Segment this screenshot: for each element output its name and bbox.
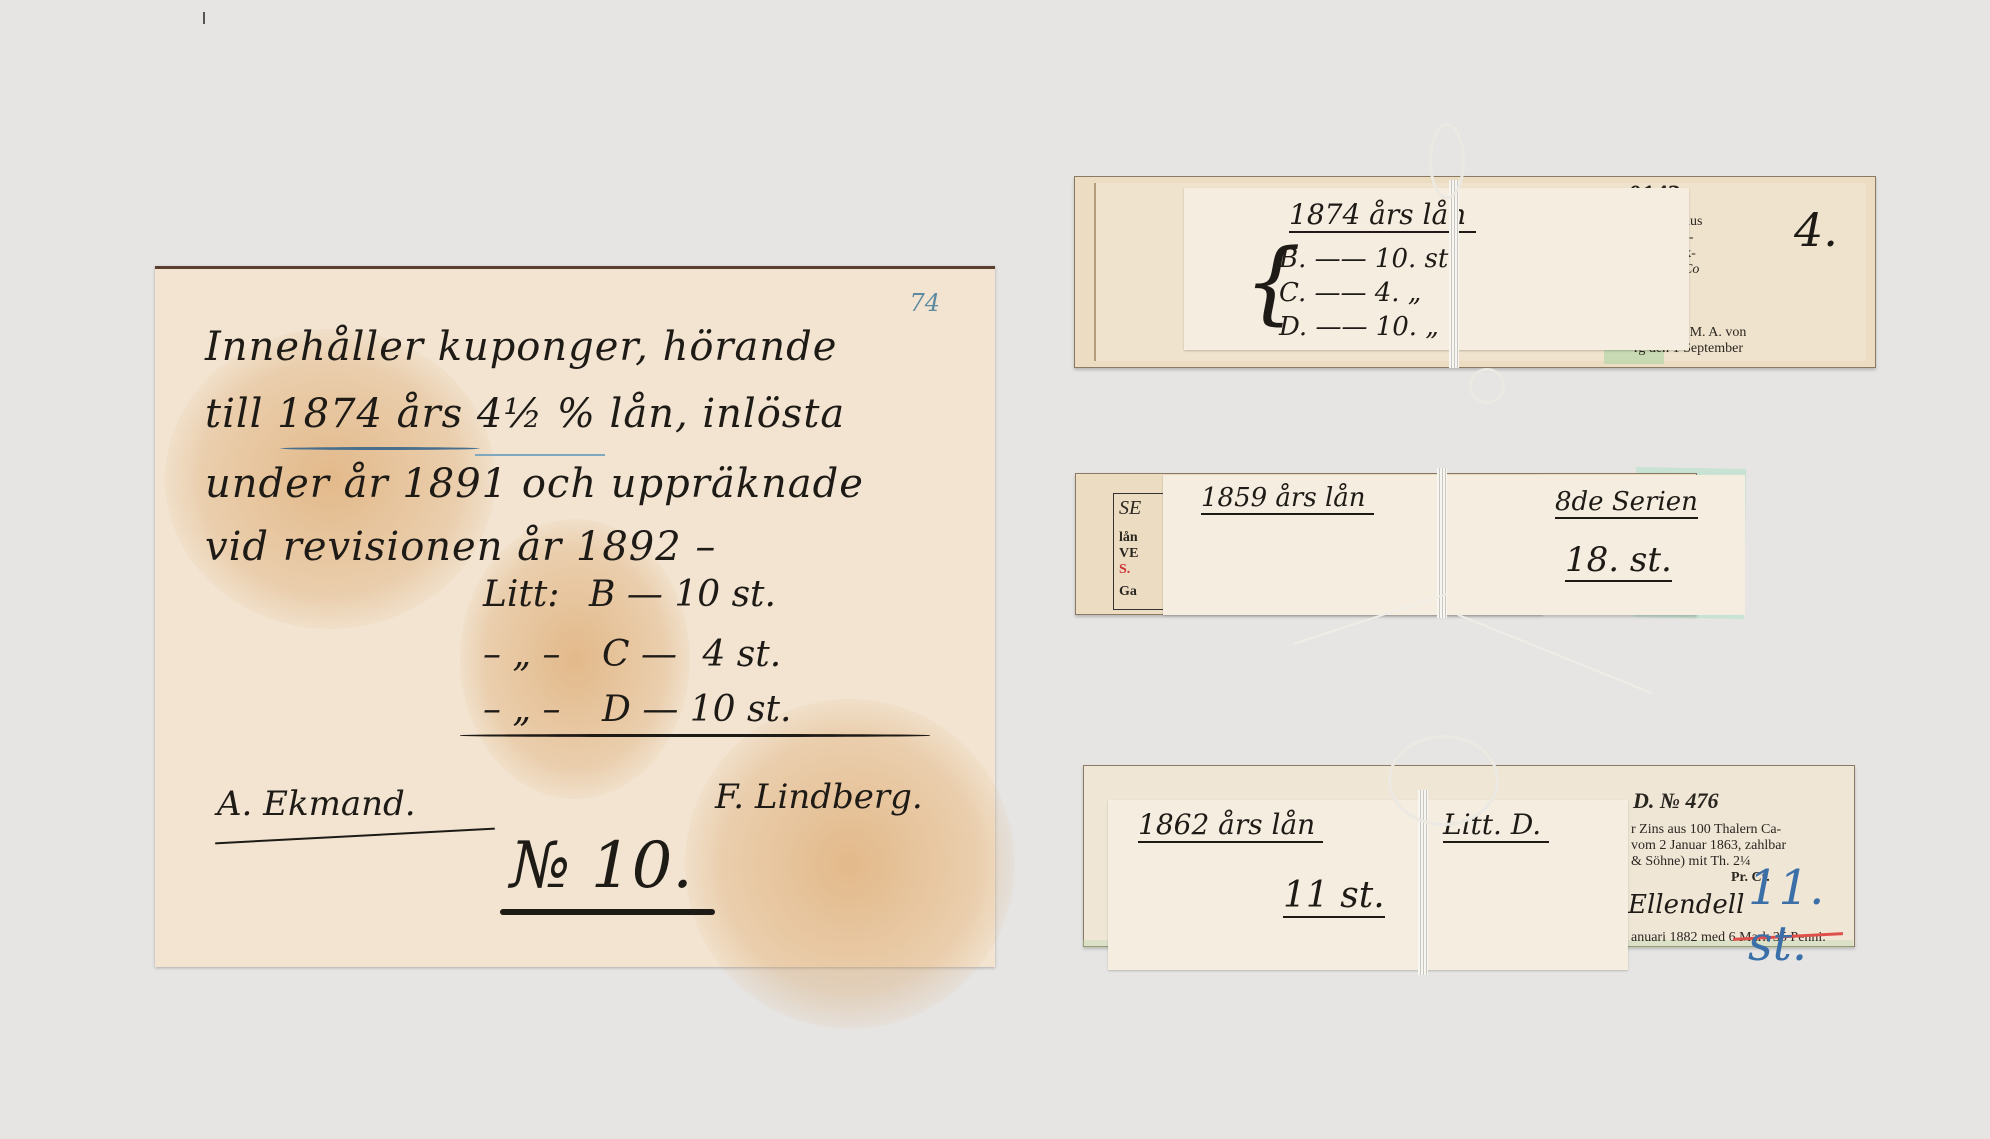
bundle-label: 1874 års lån { B. —— 10. st. C. —— 4. „ … bbox=[1184, 188, 1689, 350]
coupon-heading: D. № 476 bbox=[1633, 788, 1719, 814]
blue-underline bbox=[475, 454, 605, 456]
string bbox=[1449, 180, 1459, 368]
envelope-line: vid revisionen år 1892 – bbox=[205, 524, 716, 570]
litt-count: 10 st. bbox=[690, 689, 792, 730]
signature-underline bbox=[215, 828, 495, 845]
coupon-script: Ellendell bbox=[1628, 890, 1744, 920]
litt-row: – „ – D — 10 st. bbox=[483, 689, 791, 730]
string-loop bbox=[1388, 735, 1499, 826]
envelope-line: under år 1891 och uppräknade bbox=[205, 461, 864, 507]
coupon-bundle-1859: SE lånVES.Ga 1859 års lån 8de Serien 18.… bbox=[1075, 463, 1755, 618]
total-line bbox=[460, 734, 930, 737]
litt-letter: D bbox=[602, 689, 631, 730]
signature: F. Lindberg. bbox=[715, 777, 923, 817]
label-items: B. —— 10. st. C. —— 4. „ D. —— 10. „ bbox=[1279, 242, 1457, 344]
litt-row: Litt: B — 10 st. bbox=[483, 574, 776, 615]
envelope-line: till 1874 års 4½ % lån, inlösta bbox=[205, 391, 845, 437]
bundle-label: 1859 års lån bbox=[1163, 475, 1543, 615]
litt-letter: C bbox=[602, 634, 630, 675]
coupon-text: lånVES.Ga bbox=[1119, 530, 1138, 600]
label-title: 1859 års lån bbox=[1201, 483, 1374, 515]
signature: A. Ekmand. bbox=[217, 784, 416, 824]
litt-prefix: – „ – bbox=[483, 689, 561, 730]
litt-prefix: Litt: bbox=[483, 574, 559, 615]
coupon-bundle-1874: 0143 ger Zins ausdes Gross-dem Bank-Söhl… bbox=[1074, 168, 1874, 373]
blue-underline bbox=[280, 447, 480, 450]
label-title: 1862 års lån bbox=[1138, 808, 1323, 843]
string-loop bbox=[1469, 368, 1505, 404]
string-loop bbox=[1429, 123, 1465, 199]
number-underline bbox=[500, 909, 715, 915]
corner-note: 74 bbox=[909, 289, 940, 317]
envelope: 74 Innehåller kuponger, hörande till 187… bbox=[155, 266, 995, 967]
margin-note: 4. bbox=[1794, 203, 1838, 257]
scan-mark bbox=[203, 12, 205, 24]
bundle-label: 8de Serien 18. st. bbox=[1535, 475, 1745, 615]
litt-prefix: – „ – bbox=[483, 634, 561, 675]
stain bbox=[685, 699, 1015, 1029]
bundle-label: 1862 års lån Litt. D. 11 st. bbox=[1108, 800, 1628, 970]
litt-letter: B bbox=[589, 574, 615, 615]
label-count: 18. st. bbox=[1565, 540, 1672, 582]
label-series: 8de Serien bbox=[1555, 487, 1698, 519]
litt-count: 10 st. bbox=[674, 574, 776, 615]
envelope-line: Innehåller kuponger, hörande bbox=[205, 324, 837, 370]
margin-note: 11. st. bbox=[1748, 860, 1853, 972]
string-end bbox=[1457, 614, 1652, 695]
litt-row: – „ – C — 4 st. bbox=[483, 634, 781, 675]
label-count: 11 st. bbox=[1283, 875, 1385, 918]
litt-count: 4 st. bbox=[702, 634, 781, 675]
coupon-text: SE bbox=[1119, 497, 1141, 520]
envelope-number: № 10. bbox=[510, 829, 693, 903]
coupon-bundle-1862: D. № 476 r Zins aus 100 Thalern Ca-vom 2… bbox=[1083, 760, 1853, 950]
